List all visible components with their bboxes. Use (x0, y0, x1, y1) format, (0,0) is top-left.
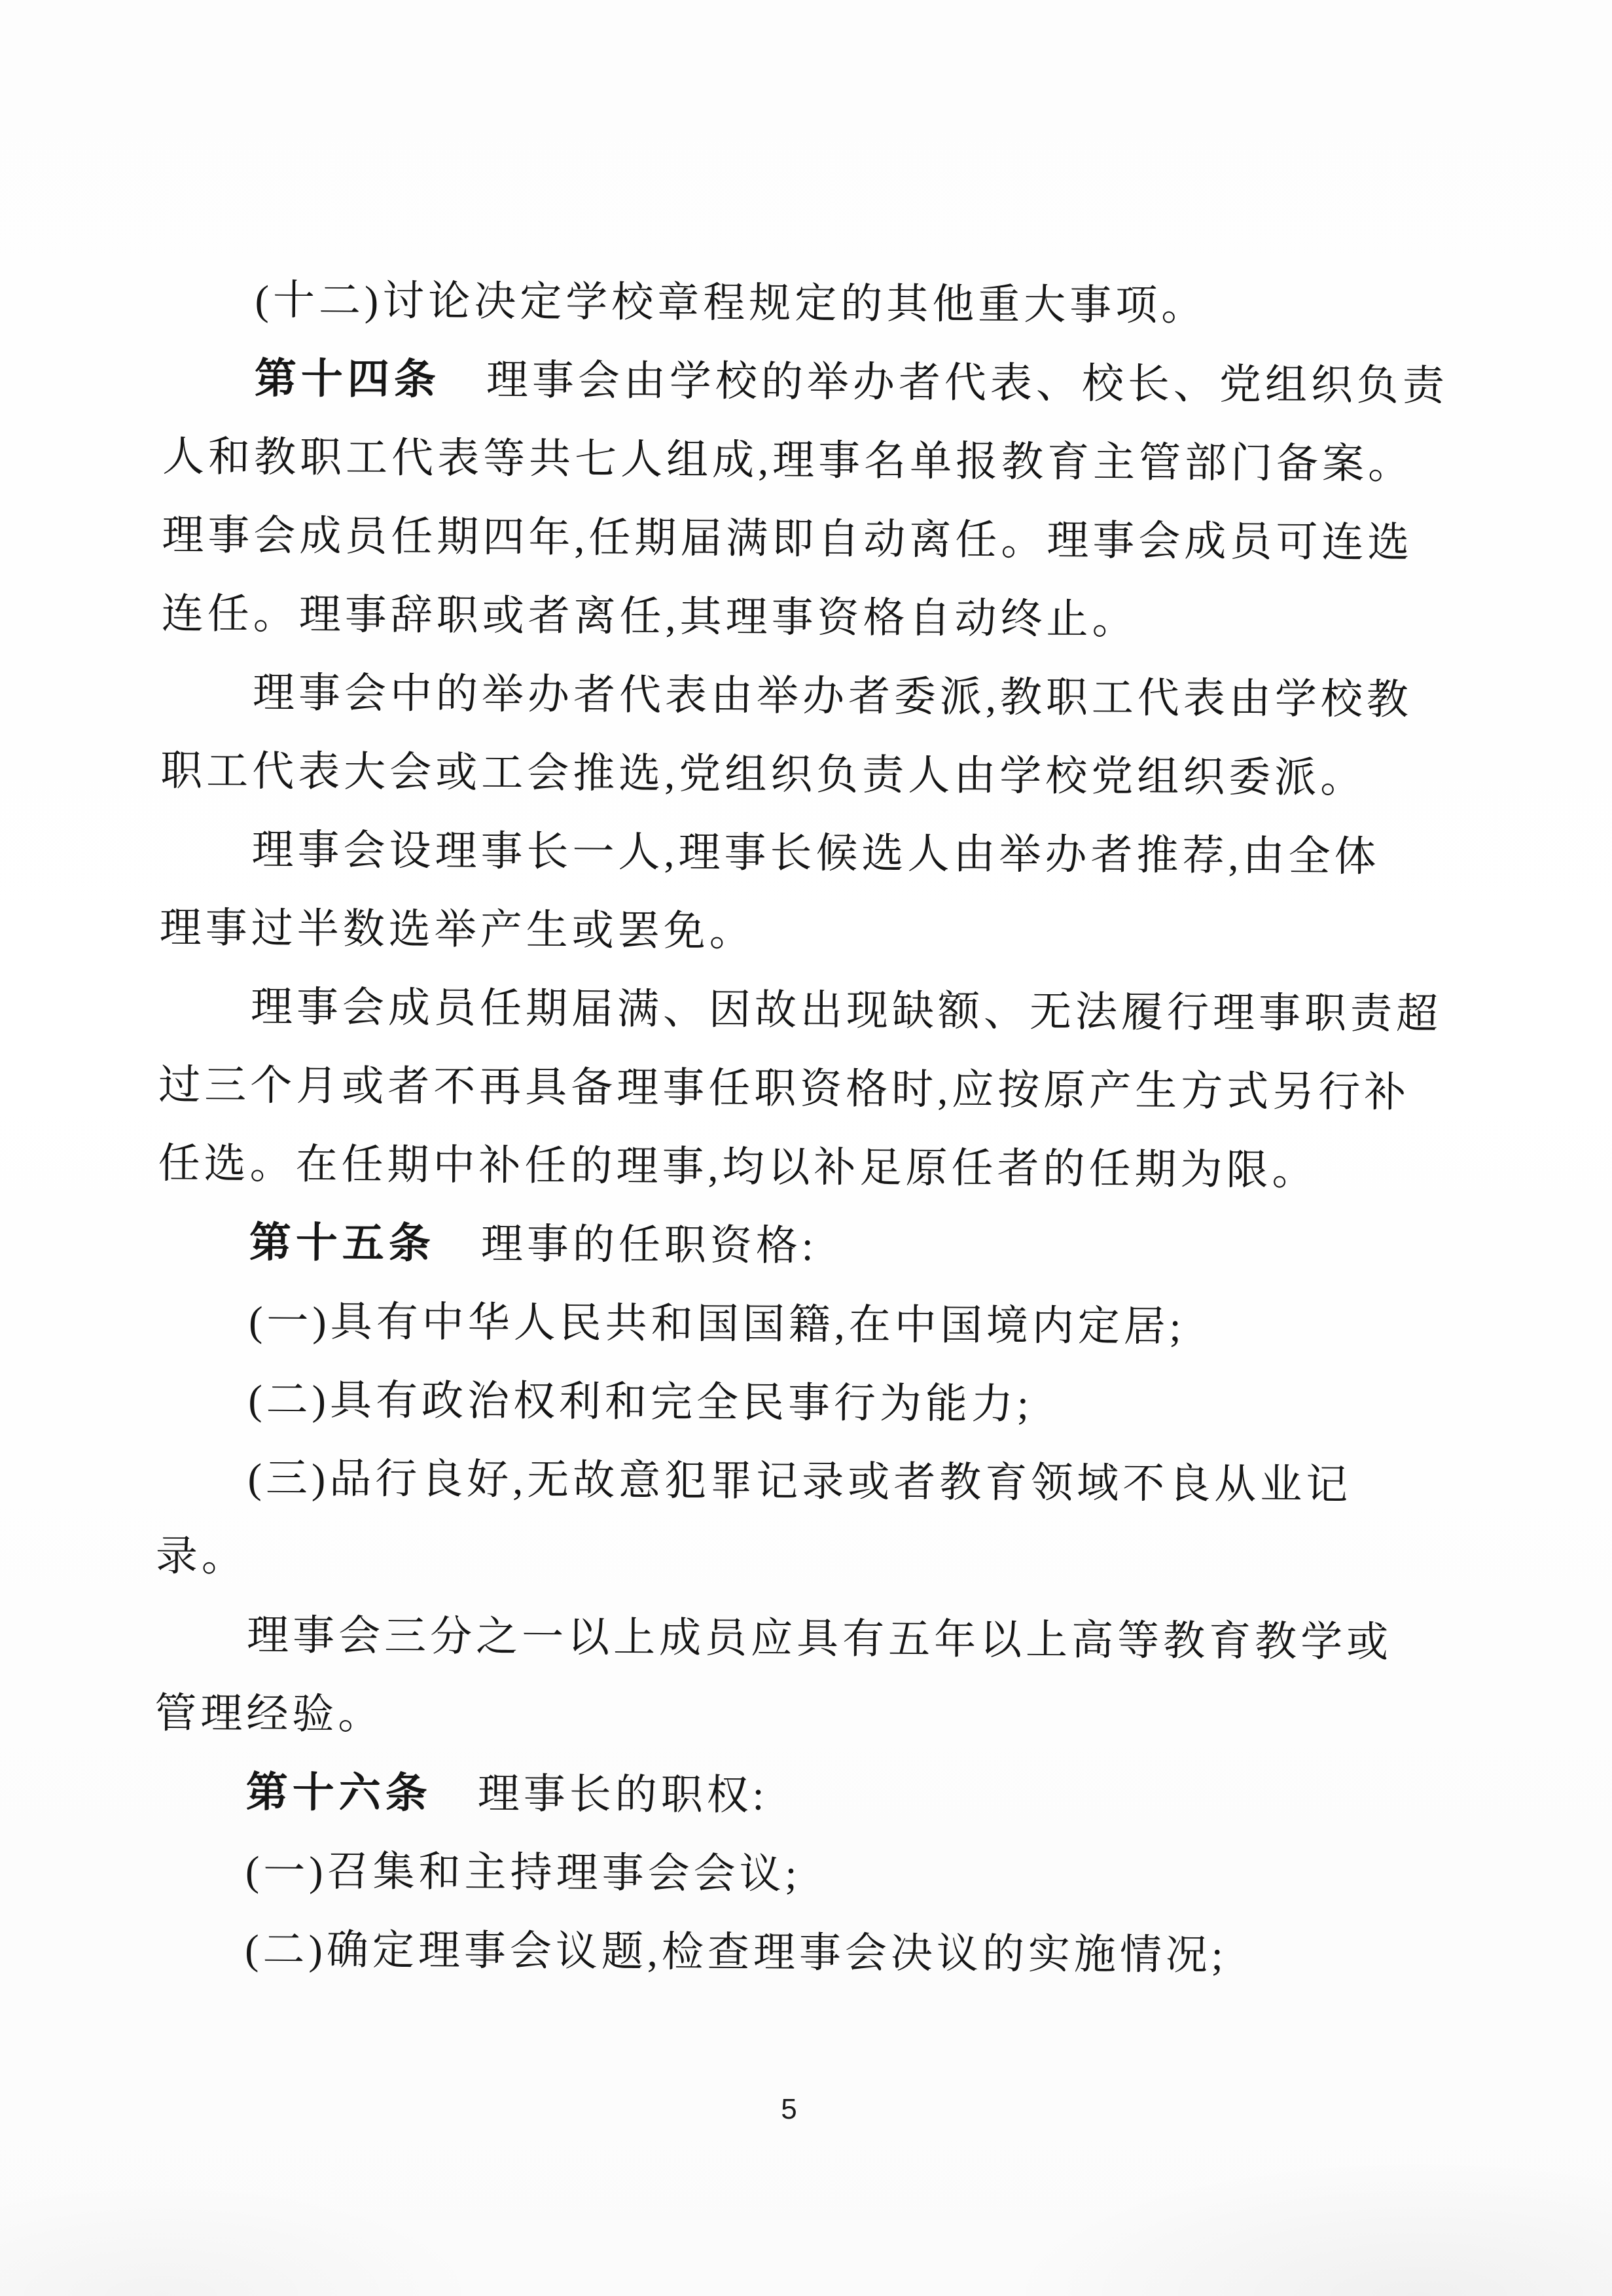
text-line: 第十四条 理事会由学校的举办者代表、校长、党组织负责 (163, 339, 1450, 425)
document-page: (十二)讨论决定学校章程规定的其他重大事项。第十四条 理事会由学校的举办者代表、… (0, 0, 1612, 2296)
text-run: 理事会成员任期四年,任期届满即自动离任。理事会成员可连选 (162, 512, 1413, 566)
text-run: (三)品行良好,无故意犯罪记录或者教育领域不良从业记 (247, 1455, 1352, 1508)
text-line: 任选。在任期中补任的理事,均以补足原任者的任期为限。 (158, 1124, 1444, 1211)
article-number-heading: 第十五条 (249, 1219, 435, 1267)
text-run: 理事会成员任期届满、因故出现缺额、无法履行理事职责超 (251, 984, 1442, 1037)
text-run: 理事会由学校的举办者代表、校长、党组织负责 (440, 357, 1448, 409)
text-line: 过三个月或者不再具备理事任职资格时,应按原产生方式另行补 (158, 1046, 1445, 1132)
text-run: 理事会设理事长一人,理事长候选人由举办者推荐,由全体 (251, 827, 1380, 880)
text-run: 职工代表大会或工会推选,党组织负责人由学校党组织委派。 (160, 747, 1366, 801)
text-run: (一)具有中华人民共和国国籍,在中国境内定居; (249, 1298, 1185, 1350)
text-line: 管理经验。 (154, 1674, 1441, 1761)
text-run: (一)召集和主持理事会会议; (245, 1848, 801, 1897)
text-line: (二)确定理事会议题,检查理事会决议的实施情况; (153, 1910, 1440, 1996)
text-line: 录。 (156, 1517, 1442, 1604)
text-line: (十二)讨论决定学校章程规定的其他重大事项。 (163, 260, 1450, 347)
text-run: 任选。在任期中补任的理事,均以补足原任者的任期为限。 (158, 1140, 1317, 1194)
text-run: 人和教职工代表等共七人组成,理事名单报教育主管部门备案。 (162, 433, 1414, 488)
text-line: 理事会三分之一以上成员应具有五年以上高等教育教学或 (155, 1596, 1442, 1682)
text-line: (一)具有中华人民共和国国籍,在中国境内定居; (157, 1282, 1444, 1368)
text-line: 职工代表大会或工会推选,党组织负责人由学校党组织委派。 (160, 732, 1447, 818)
text-run: 过三个月或者不再具备理事任职资格时,应按原产生方式另行补 (158, 1062, 1410, 1116)
text-line: 理事过半数选举产生或罢免。 (159, 889, 1446, 975)
text-line: 理事会中的举办者代表由举办者委派,教职工代表由学校教 (161, 653, 1448, 740)
page-number: 5 (0, 2080, 1595, 2139)
text-line: 理事会设理事长一人,理事长候选人由举办者推荐,由全体 (160, 810, 1446, 897)
text-line: (三)品行良好,无故意犯罪记录或者教育领域不良从业记 (156, 1439, 1442, 1525)
text-run: 管理经验。 (154, 1690, 384, 1738)
text-line: (二)具有政治权利和完全民事行为能力; (156, 1360, 1443, 1446)
text-line: 第十六条 理事长的职权: (154, 1753, 1441, 1839)
text-line: 理事会成员任期四年,任期届满即自动离任。理事会成员可连选 (162, 496, 1448, 583)
text-run: 连任。理事辞职或者离任,其理事资格自动终止。 (161, 590, 1137, 643)
text-line: 第十五条 理事的任职资格: (157, 1203, 1444, 1289)
article-number-heading: 第十六条 (245, 1769, 431, 1817)
text-run: 理事会三分之一以上成员应具有五年以上高等教育教学或 (247, 1612, 1392, 1666)
text-run: (二)具有政治权利和完全民事行为能力; (248, 1376, 1033, 1427)
text-line: 理事会成员任期届满、因故出现缺额、无法履行理事职责超 (159, 967, 1446, 1054)
text-line: (一)召集和主持理事会会议; (154, 1831, 1441, 1918)
document-body: (十二)讨论决定学校章程规定的其他重大事项。第十四条 理事会由学校的举办者代表、… (153, 260, 1450, 1996)
text-run: 录。 (156, 1533, 247, 1580)
text-run: 理事过半数选举产生或罢免。 (160, 905, 755, 955)
text-run: 理事的任职资格: (435, 1221, 817, 1270)
text-line: 人和教职工代表等共七人组成,理事名单报教育主管部门备案。 (162, 418, 1449, 504)
text-run: (二)确定理事会议题,检查理事会决议的实施情况; (245, 1926, 1227, 1979)
text-run: 理事长的职权: (431, 1770, 768, 1819)
text-line: 连任。理事辞职或者离任,其理事资格自动终止。 (161, 575, 1448, 661)
article-number-heading: 第十四条 (255, 355, 440, 403)
text-run: 理事会中的举办者代表由举办者委派,教职工代表由学校教 (253, 670, 1412, 723)
text-run: (十二)讨论决定学校章程规定的其他重大事项。 (255, 277, 1207, 329)
